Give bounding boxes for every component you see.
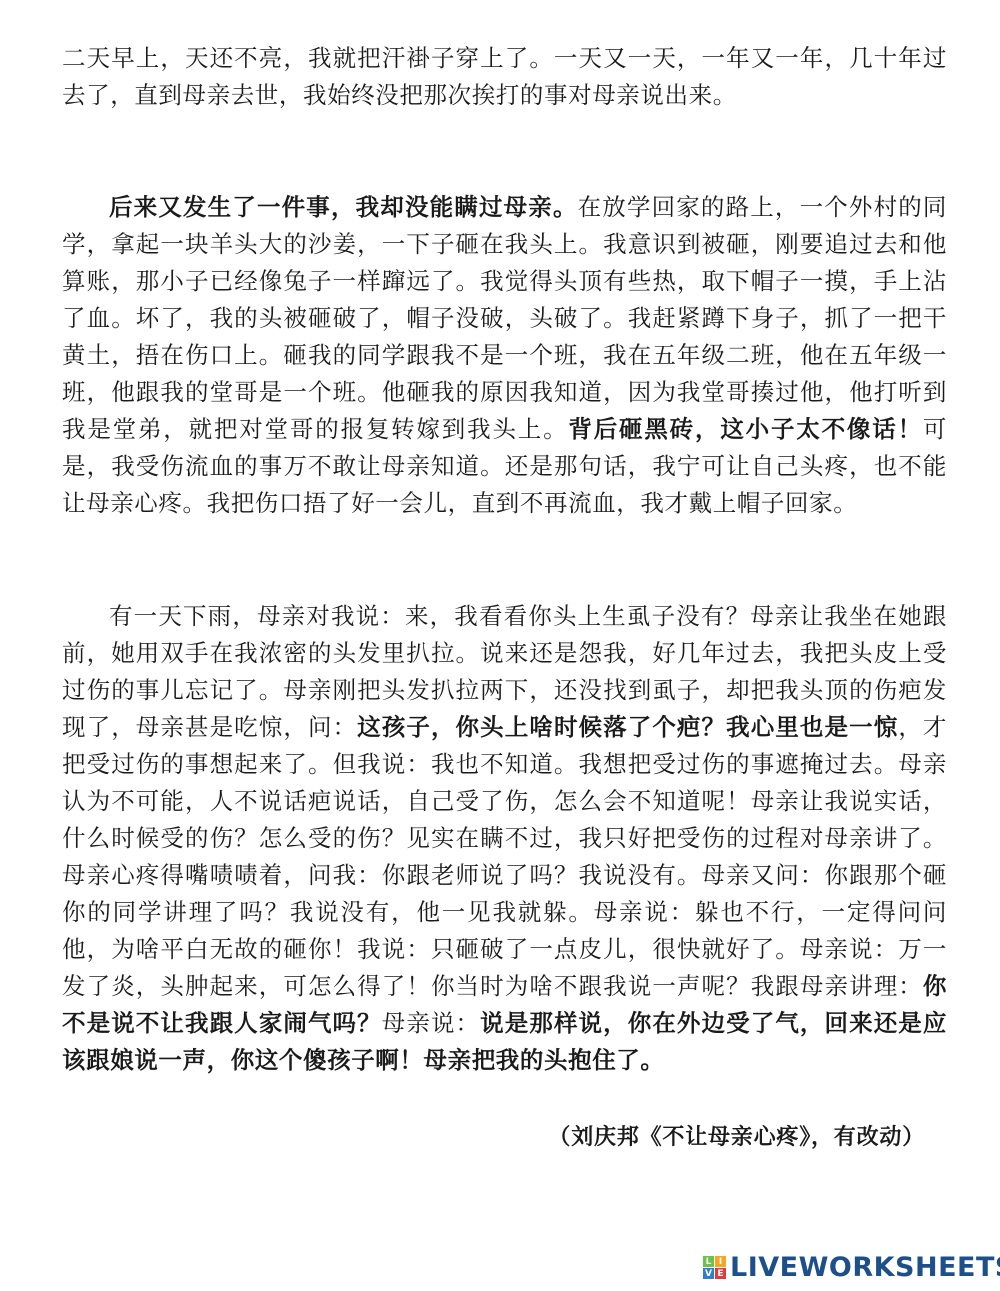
paragraph-2-bold-2: 背后砸黑砖，这小子太不像话！ bbox=[568, 415, 922, 443]
paragraph-1-text: 二天早上，天还不亮，我就把汗褂子穿上了。一天又一天，一年又一年，几十年过去了，直… bbox=[62, 44, 947, 109]
logo-letter-l: L bbox=[703, 1256, 714, 1267]
logo-letter-i: I bbox=[715, 1256, 726, 1267]
paragraph-2-text-1: 在放学回家的路上，一个外村的同学，拿起一块羊头大的沙姜，一下子砸在我头上。我意识… bbox=[62, 193, 947, 443]
source-citation: （刘庆邦《不让母亲心疼》，有改动） bbox=[548, 1120, 925, 1151]
logo-grid-icon: L I V E bbox=[703, 1256, 726, 1279]
liveworksheets-logo: L I V E LIVEWORKSHEETS bbox=[703, 1252, 1000, 1283]
paragraph-3-text-3: 母亲说： bbox=[382, 1009, 480, 1037]
paragraph-3-text-2: ，才把受过伤的事想起来了。但我说：我也不知道。我想把受过伤的事遮掩过去。母亲认为… bbox=[62, 713, 947, 1000]
paragraph-3: 有一天下雨，母亲对我说：来，我看看你头上生虱子没有？母亲让我坐在她跟前，她用双手… bbox=[62, 598, 947, 1079]
paragraph-1: 二天早上，天还不亮，我就把汗褂子穿上了。一天又一天，一年又一年，几十年过去了，直… bbox=[62, 40, 947, 114]
paragraph-2-bold-1: 后来又发生了一件事，我却没能瞒过母亲。 bbox=[109, 193, 578, 221]
paragraph-3-bold-1: 这孩子，你头上啥时候落了个疤？我心里也是一惊 bbox=[357, 713, 898, 741]
logo-letter-v: V bbox=[703, 1268, 714, 1279]
logo-wordmark: LIVEWORKSHEETS bbox=[730, 1252, 1000, 1283]
paragraph-2: 后来又发生了一件事，我却没能瞒过母亲。在放学回家的路上，一个外村的同学，拿起一块… bbox=[62, 189, 947, 522]
logo-letter-e: E bbox=[715, 1268, 726, 1279]
